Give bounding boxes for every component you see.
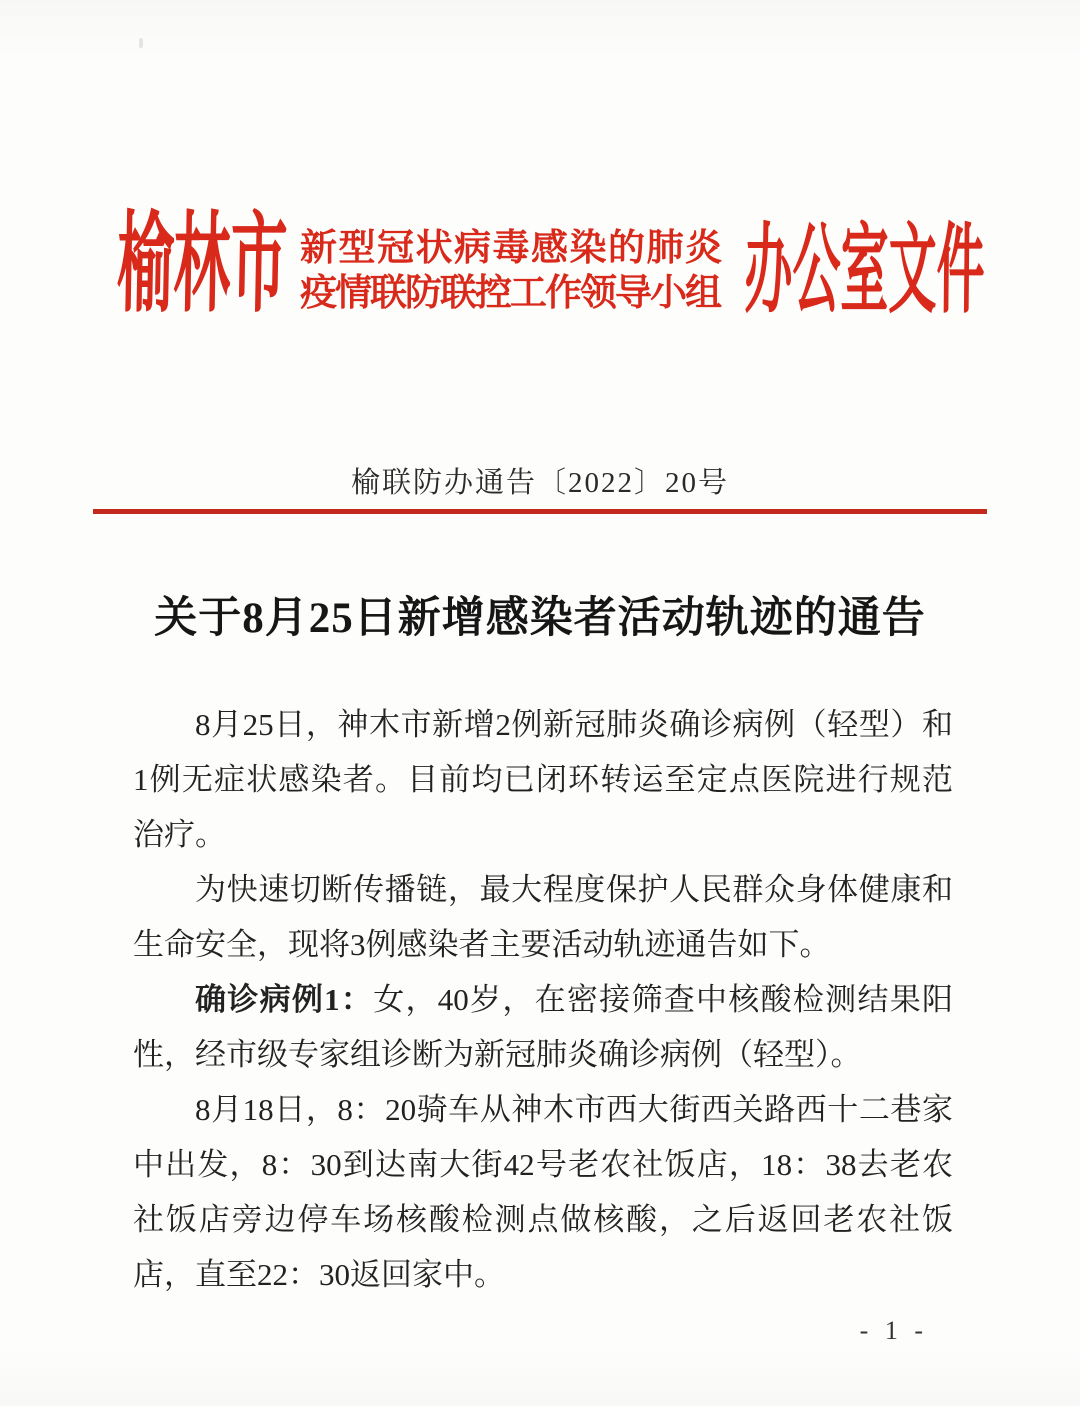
paragraph-case-1-trajectory: 8月18日，8：20骑车从神木市西大街西关路西十二巷家中出发，8：30到达南大街… xyxy=(133,1082,953,1302)
paragraph-new-cases-summary: 8月25日，神木市新增2例新冠肺炎确诊病例（轻型）和1例无症状感染者。目前均已闭… xyxy=(133,697,953,862)
page-number: - 1 - xyxy=(860,1316,928,1346)
paragraph-2-text: 为快速切断传播链，最大程度保护人民群众身体健康和生命安全，现将3例感染者主要活动… xyxy=(133,872,953,962)
notice-body: 8月25日，神木市新增2例新冠肺炎确诊病例（轻型）和1例无症状感染者。目前均已闭… xyxy=(133,697,953,1302)
paragraph-announcement-purpose: 为快速切断传播链，最大程度保护人民群众身体健康和生命安全，现将3例感染者主要活动… xyxy=(133,862,953,972)
document-page: 榆林市 新型冠状病毒感染的肺炎 疫情联防联控工作领导小组 办公室文件 榆联防办通… xyxy=(0,0,1080,1406)
paragraph-3-lead: 确诊病例1： xyxy=(195,982,373,1017)
paragraph-4-text: 8月18日，8：20骑车从神木市西大街西关路西十二巷家中出发，8：30到达南大街… xyxy=(133,1092,953,1292)
scan-artifact-dot xyxy=(139,38,143,48)
letterhead-city-name: 榆林市 xyxy=(116,210,288,319)
letterhead-agency-name: 新型冠状病毒感染的肺炎 疫情联防联控工作领导小组 xyxy=(300,226,730,316)
red-divider-line xyxy=(93,509,987,514)
paragraph-1-text: 8月25日，神木市新增2例新冠肺炎确诊病例（轻型）和1例无症状感染者。目前均已闭… xyxy=(133,707,953,852)
paragraph-case-1-description: 确诊病例1：女，40岁，在密接筛查中核酸检测结果阳性，经市级专家组诊断为新冠肺炎… xyxy=(133,972,953,1082)
letterhead-agency-name-line1: 新型冠状病毒感染的肺炎 xyxy=(300,226,730,271)
notice-title: 关于8月25日新增感染者活动轨迹的通告 xyxy=(0,584,1080,645)
letterhead-agency-name-line2: 疫情联防联控工作领导小组 xyxy=(300,271,730,316)
document-number: 榆联防办通告〔2022〕20号 xyxy=(0,460,1080,501)
letterhead-office-document-label: 办公室文件 xyxy=(744,220,985,323)
